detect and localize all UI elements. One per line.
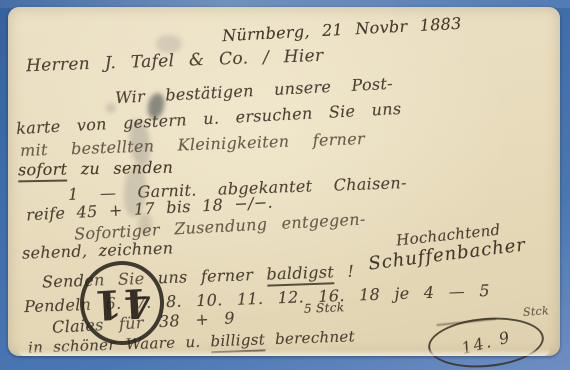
stck-note-2: 5 Stck	[304, 300, 345, 315]
postcard-scan: Nürnberg, 21 Novbr 1883 Herren J. Tafel …	[8, 7, 560, 356]
line-rest: !	[334, 262, 355, 282]
body-line-6: sehend, zeichnen	[22, 238, 174, 262]
ink-smudge	[106, 103, 116, 113]
stck-note-1: Stck	[523, 304, 550, 319]
dateline: Nürnberg, 21 Novbr 1883	[222, 14, 462, 46]
underlined-word: sofort	[18, 159, 68, 182]
salutation-line: Herren J. Tafel & Co. ∕ Hier	[26, 46, 324, 76]
line-rest: zu senden	[67, 158, 173, 179]
line-rest: berechnet	[265, 327, 355, 348]
stamp-number: 41	[91, 281, 153, 324]
body-line-4: sofort zu senden	[18, 158, 173, 180]
card-bottom-edge-highlight	[18, 349, 550, 356]
underlined-word: baldigst	[266, 262, 334, 286]
